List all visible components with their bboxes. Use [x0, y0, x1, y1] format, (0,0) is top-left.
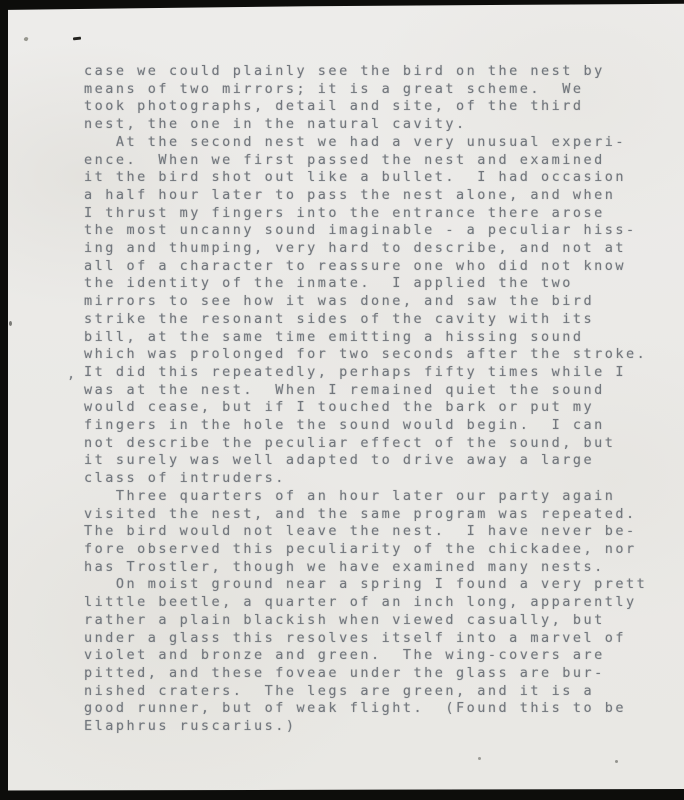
paper-speck-bottom-1 — [478, 757, 481, 760]
paper-speck-left-edge — [9, 321, 12, 326]
scan-edge-bottom — [0, 789, 684, 800]
scan-edge-left — [0, 0, 8, 800]
pen-speck-top-left — [23, 36, 28, 41]
scanned-typewritten-page: case we could plainly see the bird on th… — [0, 0, 684, 800]
stray-comma-mark: , — [67, 366, 75, 384]
pen-dash-top-left — [73, 37, 81, 41]
paper-speck-bottom-2 — [615, 760, 618, 763]
typewritten-text: case we could plainly see the bird on th… — [84, 63, 647, 736]
